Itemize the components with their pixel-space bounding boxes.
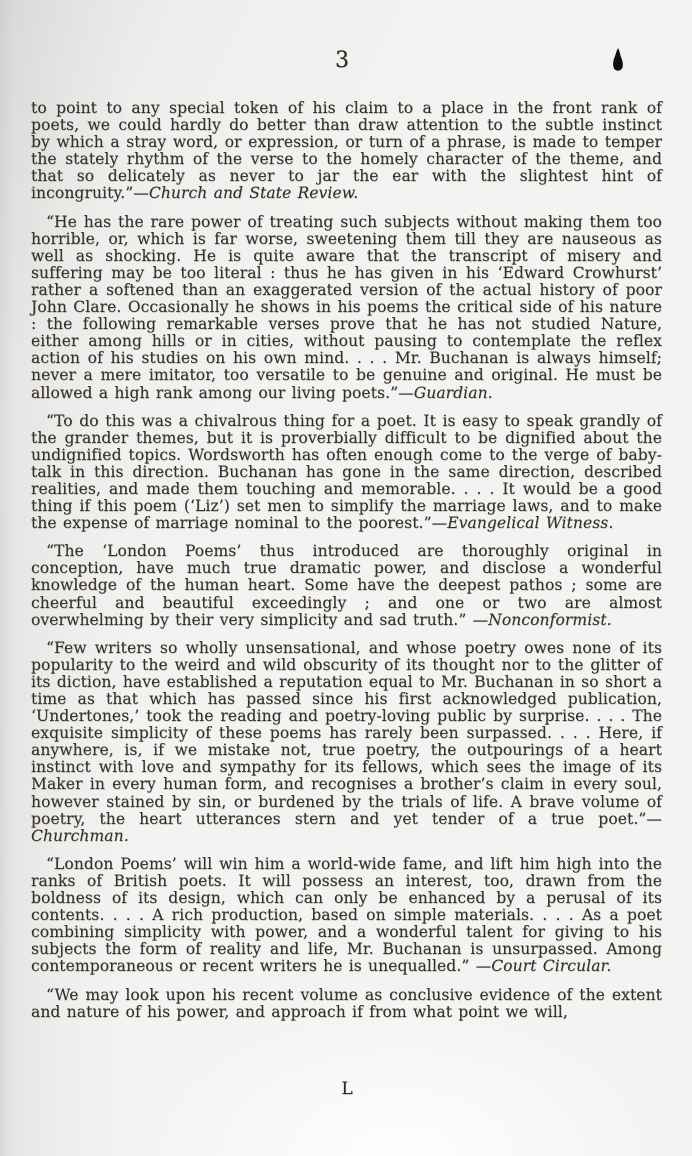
review-paragraph: to point to any special token of his cla… [31, 100, 662, 203]
review-paragraph: “London Poems’ will win him a world-wide… [31, 856, 662, 976]
review-source: Nonconformist. [488, 611, 612, 629]
ink-blot-mark [611, 47, 625, 73]
review-source: Court Circular. [491, 957, 611, 975]
review-paragraph: “To do this was a chivalrous thing for a… [31, 413, 662, 533]
review-source: Guardian. [414, 384, 493, 402]
ink-blot-icon [611, 47, 625, 73]
review-text-block: to point to any special token of his cla… [31, 100, 662, 1032]
review-source: Evangelical Witness. [447, 514, 613, 532]
review-body: “He has the rare power of treating such … [31, 213, 662, 402]
review-body: “Few writers so wholly unsensational, an… [31, 639, 662, 828]
review-paragraph: “We may look upon his recent volume as c… [31, 987, 662, 1021]
page-number: 3 [322, 48, 362, 73]
review-source: Church and State Review. [149, 184, 358, 202]
review-paragraph: “He has the rare power of treating such … [31, 214, 662, 402]
review-paragraph: “The ‘London Poems’ thus introduced are … [31, 543, 662, 628]
signature-mark: L [0, 1079, 692, 1099]
review-paragraph: “Few writers so wholly unsensational, an… [31, 640, 662, 845]
review-body: “We may look upon his recent volume as c… [31, 986, 662, 1021]
review-source: Churchman. [31, 827, 129, 845]
